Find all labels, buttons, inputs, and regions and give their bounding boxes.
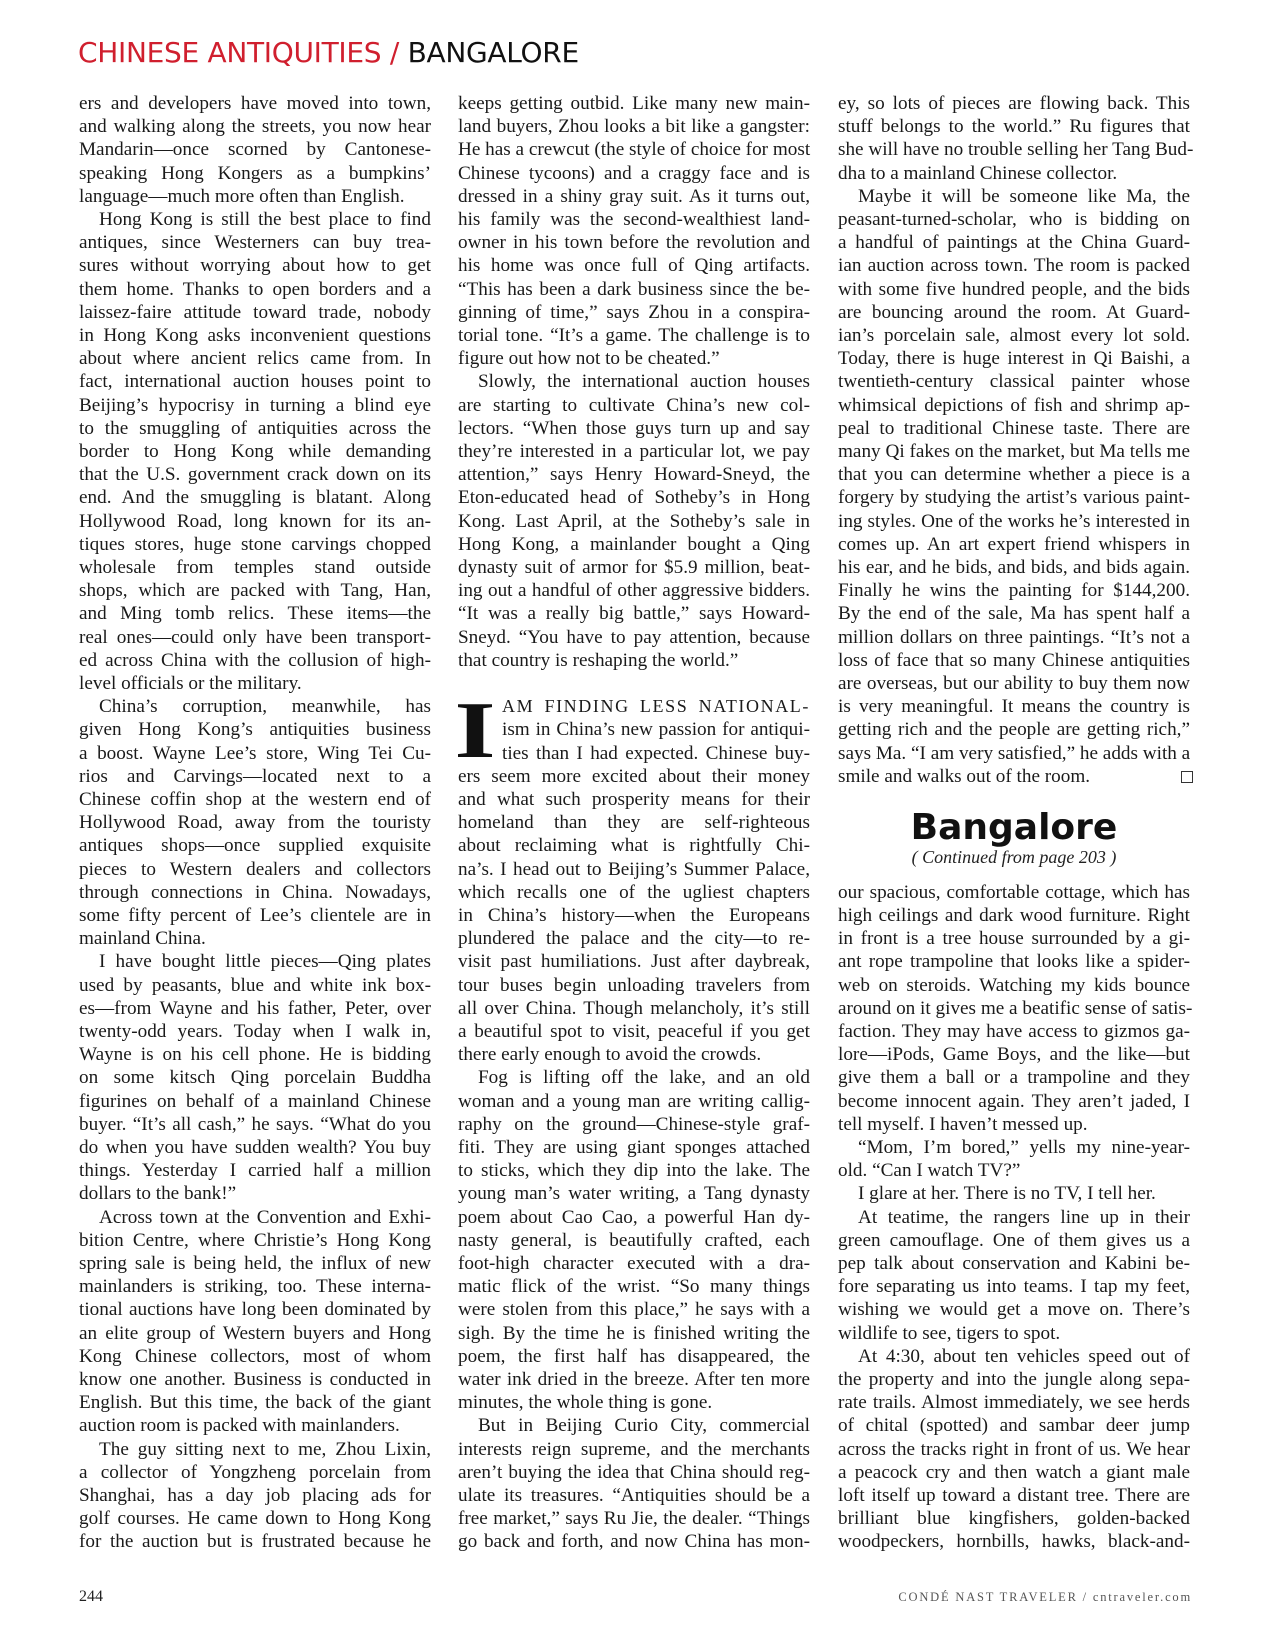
text-line: border to Hong Kong while demanding <box>79 440 431 463</box>
text-line: buyer. “It’s all cash,” he says. “What d… <box>79 1113 431 1136</box>
text-line: twentieth-century classical painter whos… <box>838 370 1190 393</box>
text-line: fiti. They are using giant sponges attac… <box>458 1136 810 1159</box>
text-line: golf courses. He came down to Hong Kong <box>79 1507 431 1530</box>
text-line: a beautiful spot to visit, peaceful if y… <box>458 1020 810 1043</box>
text-line: a collector of Yongzheng porcelain from <box>79 1461 431 1484</box>
text-line: through connections in China. Nowadays, <box>79 881 431 904</box>
publication-credit: CONDÉ NAST TRAVELER / cntraveler.com <box>898 1590 1192 1605</box>
text-line: around on it gives me a beatific sense o… <box>838 997 1190 1020</box>
text-line: poem, the first half has disappeared, th… <box>458 1345 810 1368</box>
text-line: Maybe it will be someone like Ma, the <box>838 185 1190 208</box>
text-line: matic flick of the wrist. “So many thing… <box>458 1275 810 1298</box>
text-line: Slowly, the international auction houses <box>458 370 810 393</box>
text-line: in front is a tree house surrounded by a… <box>838 927 1190 950</box>
text-line: ties than I had expected. Chinese buy- <box>458 742 810 765</box>
text-line: Today, there is huge interest in Qi Bais… <box>838 347 1190 370</box>
text-line: green camouflage. One of them gives us a <box>838 1229 1190 1252</box>
page-number: 244 <box>79 1588 103 1606</box>
text-line: The guy sitting next to me, Zhou Lixin, <box>79 1438 431 1461</box>
text-line: es—from Wayne and his father, Peter, ove… <box>79 997 431 1020</box>
text-line: Fog is lifting off the lake, and an old <box>458 1066 810 1089</box>
text-line: nasty general, is beautifully crafted, e… <box>458 1229 810 1252</box>
text-line: tour buses begin unloading travelers fro… <box>458 974 810 997</box>
text-line: do when you have sudden wealth? You buy <box>79 1136 431 1159</box>
text-line: were stolen from this place,” he says wi… <box>458 1298 810 1321</box>
text-line: loss of face that so many Chinese antiqu… <box>838 649 1190 672</box>
text-line: fact, international auction houses point… <box>79 370 431 393</box>
text-line: na’s. I head out to Beijing’s Summer Pal… <box>458 858 810 881</box>
text-line: Hollywood Road, long known for its an- <box>79 510 431 533</box>
text-line: aren’t buying the idea that China should… <box>458 1461 810 1484</box>
text-line: them home. Thanks to open borders and a <box>79 278 431 301</box>
text-line: rios and Carvings—located next to a <box>79 765 431 788</box>
text-line: ey, so lots of pieces are flowing back. … <box>838 92 1190 115</box>
text-line: on some kitsch Qing porcelain Buddha <box>79 1066 431 1089</box>
text-line: know one another. Business is conducted … <box>79 1368 431 1391</box>
text-line: are overseas, but our ability to buy the… <box>838 672 1190 695</box>
text-line: rate trails. Almost immediately, we see … <box>838 1391 1190 1414</box>
text-line: ulate its treasures. “Antiquities should… <box>458 1484 810 1507</box>
text-line: his ear, and he bids, and bids, and bids… <box>838 556 1190 579</box>
text-line: ant rope trampoline that looks like a sp… <box>838 950 1190 973</box>
text-line: of chital (spotted) and sambar deer jump <box>838 1414 1190 1437</box>
text-line: and Ming tomb relics. These items—the <box>79 602 431 625</box>
text-line: ism in China’s new passion for antiqui- <box>458 718 810 741</box>
text-line: his family was the second-wealthiest lan… <box>458 208 810 231</box>
text-line: which recalls one of the ugliest chapter… <box>458 881 810 904</box>
text-line: antiques, since Westerners can buy trea- <box>79 231 431 254</box>
text-line: Kong Chinese collectors, most of whom <box>79 1345 431 1368</box>
text-line: about where ancient relics came from. In <box>79 347 431 370</box>
text-line: tiques stores, huge stone carvings chopp… <box>79 533 431 556</box>
text-line: antiques shops—once supplied exquisite <box>79 834 431 857</box>
text-line: He has a crewcut (the style of choice fo… <box>458 138 810 161</box>
text-line: “It was a really big battle,” says Howar… <box>458 602 810 625</box>
text-line: attention,” says Henry Howard-Sneyd, the <box>458 463 810 486</box>
text-line: lectors. “When those guys turn up and sa… <box>458 417 810 440</box>
text-line: forgery by studying the artist’s various… <box>838 486 1190 509</box>
text-line: a boost. Wayne Lee’s store, Wing Tei Cu- <box>79 742 431 765</box>
text-line: interests reign supreme, and the merchan… <box>458 1438 810 1461</box>
text-line: owner in his town before the revolution … <box>458 231 810 254</box>
text-line: she will have no trouble selling her Tan… <box>838 138 1190 161</box>
text-line: language—much more often than English. <box>79 185 431 208</box>
text-line: Chinese coffin shop at the western end o… <box>79 788 431 811</box>
text-line: loft itself up toward a distant tree. Th… <box>838 1484 1190 1507</box>
text-line: many Qi fakes on the market, but Ma tell… <box>838 440 1190 463</box>
text-line: dha to a mainland Chinese collector. <box>838 162 1190 185</box>
text-line: “This has been a dark business since the… <box>458 278 810 301</box>
text-line: water ink dried in the breeze. After ten… <box>458 1368 810 1391</box>
text-line: that country is reshaping the world.” <box>458 649 810 672</box>
running-head-subsection: BANGALORE <box>408 36 579 69</box>
text-line: pep talk about conservation and Kabini b… <box>838 1252 1190 1275</box>
text-line: Wayne is on his cell phone. He is biddin… <box>79 1043 431 1066</box>
text-line: ers seem more excited about their money <box>458 765 810 788</box>
text-line: ed across China with the collusion of hi… <box>79 649 431 672</box>
text-line: ing out a handful of other aggressive bi… <box>458 579 810 602</box>
text-line: million dollars on three paintings. “It’… <box>838 626 1190 649</box>
text-line: level officials or the military. <box>79 672 431 695</box>
text-line: become innocent again. They aren’t jaded… <box>838 1090 1190 1113</box>
text-line: end. And the smuggling is blatant. Along <box>79 486 431 509</box>
text-line: stuff belongs to the world.” Ru figures … <box>838 115 1190 138</box>
text-line: spring sale is being held, the influx of… <box>79 1252 431 1275</box>
text-line: and walking along the streets, you now h… <box>79 115 431 138</box>
text-line: a handful of paintings at the China Guar… <box>838 231 1190 254</box>
text-line: Shanghai, has a day job placing ads for <box>79 1484 431 1507</box>
text-line: web on steroids. Watching my kids bounce <box>838 974 1190 997</box>
text-line: Finally he wins the painting for $144,20… <box>838 579 1190 602</box>
text-line: dynasty suit of armor for $5.9 million, … <box>458 556 810 579</box>
text-line: “Mom, I’m bored,” yells my nine-year- <box>838 1136 1190 1159</box>
text-line: ers and developers have moved into town, <box>79 92 431 115</box>
text-line: is very meaningful. It means the country… <box>838 695 1190 718</box>
text-line: go back and forth, and now China has mon… <box>458 1530 810 1553</box>
text-line <box>458 672 810 695</box>
text-line: mainland China. <box>79 927 431 950</box>
text-line: AM FINDING LESS NATIONAL- <box>458 695 810 718</box>
text-line: sigh. By the time he is finished writing… <box>458 1322 810 1345</box>
text-line: tell myself. I haven’t messed up. <box>838 1113 1190 1136</box>
text-line: torial tone. “It’s a game. The challenge… <box>458 324 810 347</box>
text-line: smile and walks out of the room. <box>838 765 1190 788</box>
text-line: Across town at the Convention and Exhi- <box>79 1206 431 1229</box>
text-line: foot-high character executed with a dra- <box>458 1252 810 1275</box>
text-line: Mandarin—once scorned by Cantonese- <box>79 138 431 161</box>
text-line: and what such prosperity means for their <box>458 788 810 811</box>
text-line: figurines on behalf of a mainland Chines… <box>79 1090 431 1113</box>
text-line: figure out how not to be cheated.” <box>458 347 810 370</box>
text-line: ian auction across town. The room is pac… <box>838 254 1190 277</box>
end-of-story-mark-icon <box>1181 771 1193 783</box>
text-line: faction. They may have access to gizmos … <box>838 1020 1190 1043</box>
text-line: free market,” says Ru Jie, the dealer. “… <box>458 1507 810 1530</box>
text-line: I glare at her. There is no TV, I tell h… <box>838 1182 1190 1205</box>
text-line: there early enough to avoid the crowds. <box>458 1043 810 1066</box>
text-line: to the smuggling of antiquities across t… <box>79 417 431 440</box>
text-line: an elite group of Western buyers and Hon… <box>79 1322 431 1345</box>
text-line: twenty-odd years. Today when I walk in, <box>79 1020 431 1043</box>
text-line: Chinese tycoons) and a craggy face and i… <box>458 162 810 185</box>
text-line: fore separating us into teams. I tap my … <box>838 1275 1190 1298</box>
text-line: across the tracks right in front of us. … <box>838 1438 1190 1461</box>
drop-cap: I <box>458 700 492 758</box>
text-line: getting rich and the people are getting … <box>838 718 1190 741</box>
text-line: his home was once full of Qing artifacts… <box>458 254 810 277</box>
text-line: high ceilings and dark wood furniture. R… <box>838 904 1190 927</box>
text-line: that you can determine whether a piece i… <box>838 463 1190 486</box>
continued-from-note: ( Continued from page 203 ) <box>838 846 1190 868</box>
text-line: old. “Can I watch TV?” <box>838 1159 1190 1182</box>
text-line: ian’s porcelain sale, almost every lot s… <box>838 324 1190 347</box>
text-line: By the end of the sale, Ma has spent hal… <box>838 602 1190 625</box>
text-line: real ones—could only have been transport… <box>79 626 431 649</box>
text-line: woman and a young man are writing callig… <box>458 1090 810 1113</box>
text-line: woodpeckers, hornbills, hawks, black-and… <box>838 1530 1190 1553</box>
text-line: are starting to cultivate China’s new co… <box>458 394 810 417</box>
text-line: Eton-educated head of Sotheby’s in Hong <box>458 486 810 509</box>
text-line: visit past humiliations. Just after dayb… <box>458 950 810 973</box>
text-line: our spacious, comfortable cottage, which… <box>838 881 1190 904</box>
text-line: wildlife to see, tigers to spot. <box>838 1322 1190 1345</box>
text-line: At teatime, the rangers line up in their <box>838 1206 1190 1229</box>
text-line: China’s corruption, meanwhile, has <box>79 695 431 718</box>
text-line: pieces to Western dealers and collectors <box>79 858 431 881</box>
text-line: Hong Kong, a mainlander bought a Qing <box>458 533 810 556</box>
running-head: CHINESE ANTIQUITIES / BANGALORE <box>78 36 579 69</box>
text-line: they’re interested in a particular lot, … <box>458 440 810 463</box>
text-line: plundered the palace and the city—to re- <box>458 927 810 950</box>
text-line: keeps getting outbid. Like many new main… <box>458 92 810 115</box>
text-line: laissez-faire attitude toward trade, nob… <box>79 301 431 324</box>
text-line: whimsical depictions of fish and shrimp … <box>838 394 1190 417</box>
text-line: things. Yesterday I carried half a milli… <box>79 1159 431 1182</box>
text-line: auction room is packed with mainlanders. <box>79 1414 431 1437</box>
text-line: says Ma. “I am very satisfied,” he adds … <box>838 742 1190 765</box>
text-line: minutes, the whole thing is gone. <box>458 1391 810 1414</box>
text-line: Beijing’s hypocrisy in turning a blind e… <box>79 394 431 417</box>
text-line: Kong. Last April, at the Sotheby’s sale … <box>458 510 810 533</box>
text-line: give them a ball or a trampoline and the… <box>838 1066 1190 1089</box>
text-line: dressed in a shiny gray suit. As it turn… <box>458 185 810 208</box>
text-line: bition Centre, where Christie’s Hong Kon… <box>79 1229 431 1252</box>
text-line: shops, which are packed with Tang, Han, <box>79 579 431 602</box>
text-line: about reclaiming what is rightfully Chi- <box>458 834 810 857</box>
text-line: ginning of time,” says Zhou in a conspir… <box>458 301 810 324</box>
text-line: wholesale from temples stand outside <box>79 556 431 579</box>
text-line: lore—iPods, Game Boys, and the like—but <box>838 1043 1190 1066</box>
text-line: But in Beijing Curio City, commercial <box>458 1414 810 1437</box>
text-line: Sneyd. “You have to pay attention, becau… <box>458 626 810 649</box>
section-title-bangalore: Bangalore <box>838 806 1190 850</box>
text-line: poem about Cao Cao, a powerful Han dy- <box>458 1206 810 1229</box>
text-line: that the U.S. government crack down on i… <box>79 463 431 486</box>
text-line: At 4:30, about ten vehicles speed out of <box>838 1345 1190 1368</box>
text-line: wishing we would get a move on. There’s <box>838 1298 1190 1321</box>
text-line: ing styles. One of the works he’s intere… <box>838 510 1190 533</box>
text-line: are bouncing around the room. At Guard- <box>838 301 1190 324</box>
text-line: all over China. Though melancholy, it’s … <box>458 997 810 1020</box>
text-line: I have bought little pieces—Qing plates <box>79 950 431 973</box>
text-line: Hollywood Road, away from the touristy <box>79 811 431 834</box>
text-line: a peacock cry and then watch a giant mal… <box>838 1461 1190 1484</box>
text-line: young man’s water writing, a Tang dynast… <box>458 1182 810 1205</box>
text-line: given Hong Kong’s antiquities business <box>79 718 431 741</box>
text-line: mainlanders is striking, too. These inte… <box>79 1275 431 1298</box>
text-line: used by peasants, blue and white ink box… <box>79 974 431 997</box>
text-line: for the auction but is frustrated becaus… <box>79 1530 431 1553</box>
text-line: peasant-turned-scholar, who is bidding o… <box>838 208 1190 231</box>
text-line: raphy on the ground—Chinese-style graf- <box>458 1113 810 1136</box>
text-line: some fifty percent of Lee’s clientele ar… <box>79 904 431 927</box>
drop-cap-letter: I <box>458 702 492 758</box>
text-line: land buyers, Zhou looks a bit like a gan… <box>458 115 810 138</box>
text-line: to sticks, which they dip into the lake.… <box>458 1159 810 1182</box>
text-line: in Hong Kong asks inconvenient questions <box>79 324 431 347</box>
running-head-section: CHINESE ANTIQUITIES / <box>78 36 399 69</box>
text-line: homeland than they are self-righteous <box>458 811 810 834</box>
text-line: Hong Kong is still the best place to fin… <box>79 208 431 231</box>
text-line: sures without worrying about how to get <box>79 254 431 277</box>
text-line: the property and into the jungle along s… <box>838 1368 1190 1391</box>
text-line: comes up. An art expert friend whispers … <box>838 533 1190 556</box>
text-line: English. But this time, the back of the … <box>79 1391 431 1414</box>
text-line: tional auctions have long been dominated… <box>79 1298 431 1321</box>
text-line: in China’s history—when the Europeans <box>458 904 810 927</box>
text-line: dollars to the bank!” <box>79 1182 431 1205</box>
text-line: with some five hundred people, and the b… <box>838 278 1190 301</box>
text-line: peal to traditional Chinese taste. There… <box>838 417 1190 440</box>
text-line: brilliant blue kingfishers, golden-backe… <box>838 1507 1190 1530</box>
text-line: speaking Hong Kongers as a bumpkins’ <box>79 162 431 185</box>
